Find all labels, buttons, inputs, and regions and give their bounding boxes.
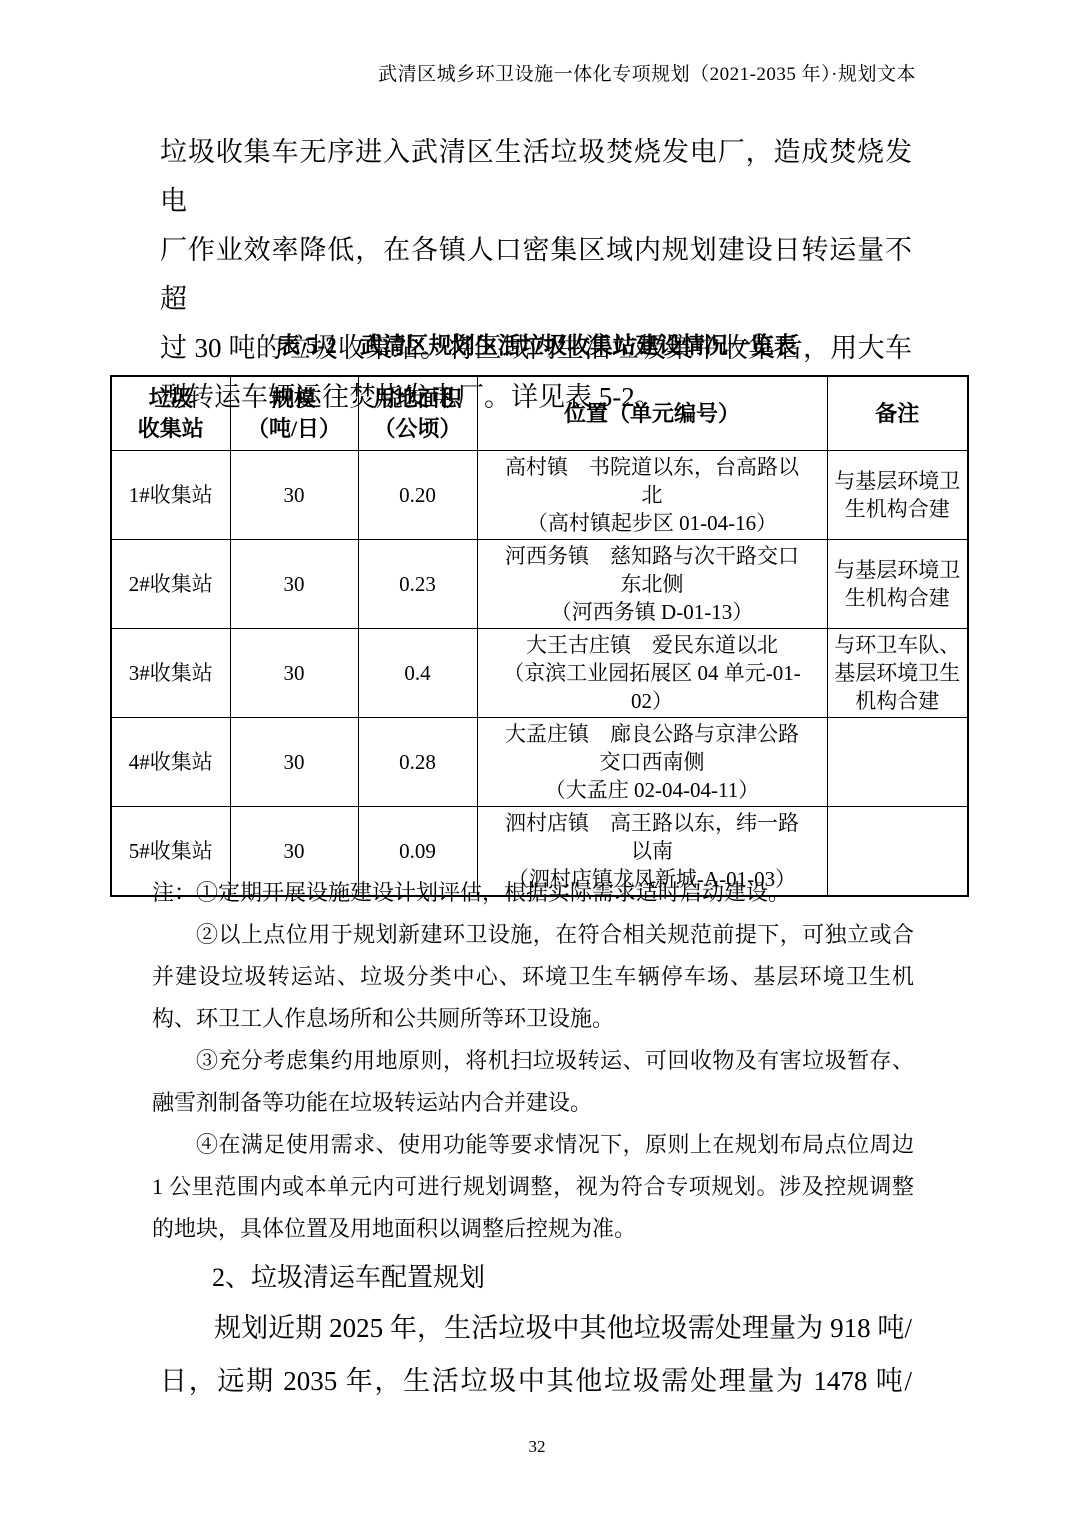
cell-area: 0.23 [358, 540, 477, 629]
table-row: 4#收集站 30 0.28 大孟庄镇 廊良公路与京津公路 交口西南侧 （大孟庄 … [111, 718, 968, 807]
cell-location: 河西务镇 慈知路与次干路交口 东北侧 （河西务镇 D-01-13） [477, 540, 827, 629]
running-header: 武清区城乡环卫设施一体化专项规划（2021-2035 年）·规划文本 [378, 62, 916, 88]
cell-area: 0.28 [358, 718, 477, 807]
cell-location: 大孟庄镇 廊良公路与京津公路 交口西南侧 （大孟庄 02-04-04-11） [477, 718, 827, 807]
cell-station: 3#收集站 [111, 629, 230, 718]
note-2-line-2: 并建设垃圾转运站、垃圾分类中心、环境卫生车辆停车场、基层环境卫生机 [152, 956, 914, 998]
column-header-location: 位置（单元编号） [477, 376, 827, 451]
table-row: 1#收集站 30 0.20 高村镇 书院道以东，台高路以 北 （高村镇起步区 0… [111, 451, 968, 540]
cell-scale: 30 [230, 718, 358, 807]
cell-scale: 30 [230, 451, 358, 540]
table-header-row: 垃圾 收集站 规模 （吨/日） 用地面积 （公顷） 位置（单元编号） 备注 [111, 376, 968, 451]
cell-area: 0.20 [358, 451, 477, 540]
cell-station: 4#收集站 [111, 718, 230, 807]
column-header-area: 用地面积 （公顷） [358, 376, 477, 451]
cell-station: 1#收集站 [111, 451, 230, 540]
column-header-station: 垃圾 收集站 [111, 376, 230, 451]
note-2-line-1: ②以上点位用于规划新建环卫设施，在符合相关规范前提下，可独立或合 [152, 914, 914, 956]
cell-scale: 30 [230, 629, 358, 718]
closing-paragraph: 规划近期 2025 年，生活垃圾中其他垃圾需处理量为 918 吨/ 日，远期 2… [160, 1302, 912, 1408]
section-heading: 2、垃圾清运车配置规划 [160, 1254, 912, 1302]
cell-remark: 与基层环境卫 生机构合建 [827, 540, 968, 629]
cell-area: 0.4 [358, 629, 477, 718]
note-2-line-3: 构、环卫工人作息场所和公共厕所等环卫设施。 [152, 998, 914, 1040]
cell-scale: 30 [230, 540, 358, 629]
collection-stations-table: 垃圾 收集站 规模 （吨/日） 用地面积 （公顷） 位置（单元编号） 备注 1#… [110, 375, 969, 897]
note-3-line-1: ③充分考虑集约用地原则，将机扫垃圾转运、可回收物及有害垃圾暂存、 [152, 1040, 914, 1082]
note-4-line-1: ④在满足使用需求、使用功能等要求情况下，原则上在规划布局点位周边 [152, 1124, 914, 1166]
table-row: 3#收集站 30 0.4 大王古庄镇 爱民东道以北 （京滨工业园拓展区 04 单… [111, 629, 968, 718]
closing-line-1: 规划近期 2025 年，生活垃圾中其他垃圾需处理量为 918 吨/ [160, 1302, 912, 1355]
column-header-remark: 备注 [827, 376, 968, 451]
note-3-line-2: 融雪剂制备等功能在垃圾转运站内合并建设。 [152, 1082, 914, 1124]
cell-station: 2#收集站 [111, 540, 230, 629]
document-page: 武清区城乡环卫设施一体化专项规划（2021-2035 年）·规划文本 垃圾收集车… [0, 0, 1074, 1520]
closing-line-2: 日，远期 2035 年，生活垃圾中其他垃圾需处理量为 1478 吨/ [160, 1355, 912, 1408]
intro-line-2: 厂作业效率降低，在各镇人口密集区域内规划建设日转运量不超 [160, 226, 912, 324]
cell-remark: 与基层环境卫 生机构合建 [827, 451, 968, 540]
intro-line-1: 垃圾收集车无序进入武清区生活垃圾焚烧发电厂，造成焚烧发电 [160, 128, 912, 226]
note-4-line-3: 的地块，具体位置及用地面积以调整后控规为准。 [152, 1208, 914, 1250]
note-1-line-1: 注：①定期开展设施建设计划评估，根据实际需求适时启动建设。 [152, 872, 914, 914]
page-number: 32 [0, 1437, 1074, 1457]
cell-remark [827, 718, 968, 807]
table-caption: 表 5-2 武清区规划生活垃圾收集站建设情况一览表 [0, 331, 1074, 361]
column-header-scale: 规模 （吨/日） [230, 376, 358, 451]
cell-location: 高村镇 书院道以东，台高路以 北 （高村镇起步区 01-04-16） [477, 451, 827, 540]
note-4-line-2: 1 公里范围内或本单元内可进行规划调整，视为符合专项规划。涉及控规调整 [152, 1166, 914, 1208]
cell-location: 大王古庄镇 爱民东道以北 （京滨工业园拓展区 04 单元-01- 02） [477, 629, 827, 718]
table-notes: 注：①定期开展设施建设计划评估，根据实际需求适时启动建设。 ②以上点位用于规划新… [152, 872, 914, 1250]
table-row: 2#收集站 30 0.23 河西务镇 慈知路与次干路交口 东北侧 （河西务镇 D… [111, 540, 968, 629]
cell-remark: 与环卫车队、 基层环境卫生 机构合建 [827, 629, 968, 718]
